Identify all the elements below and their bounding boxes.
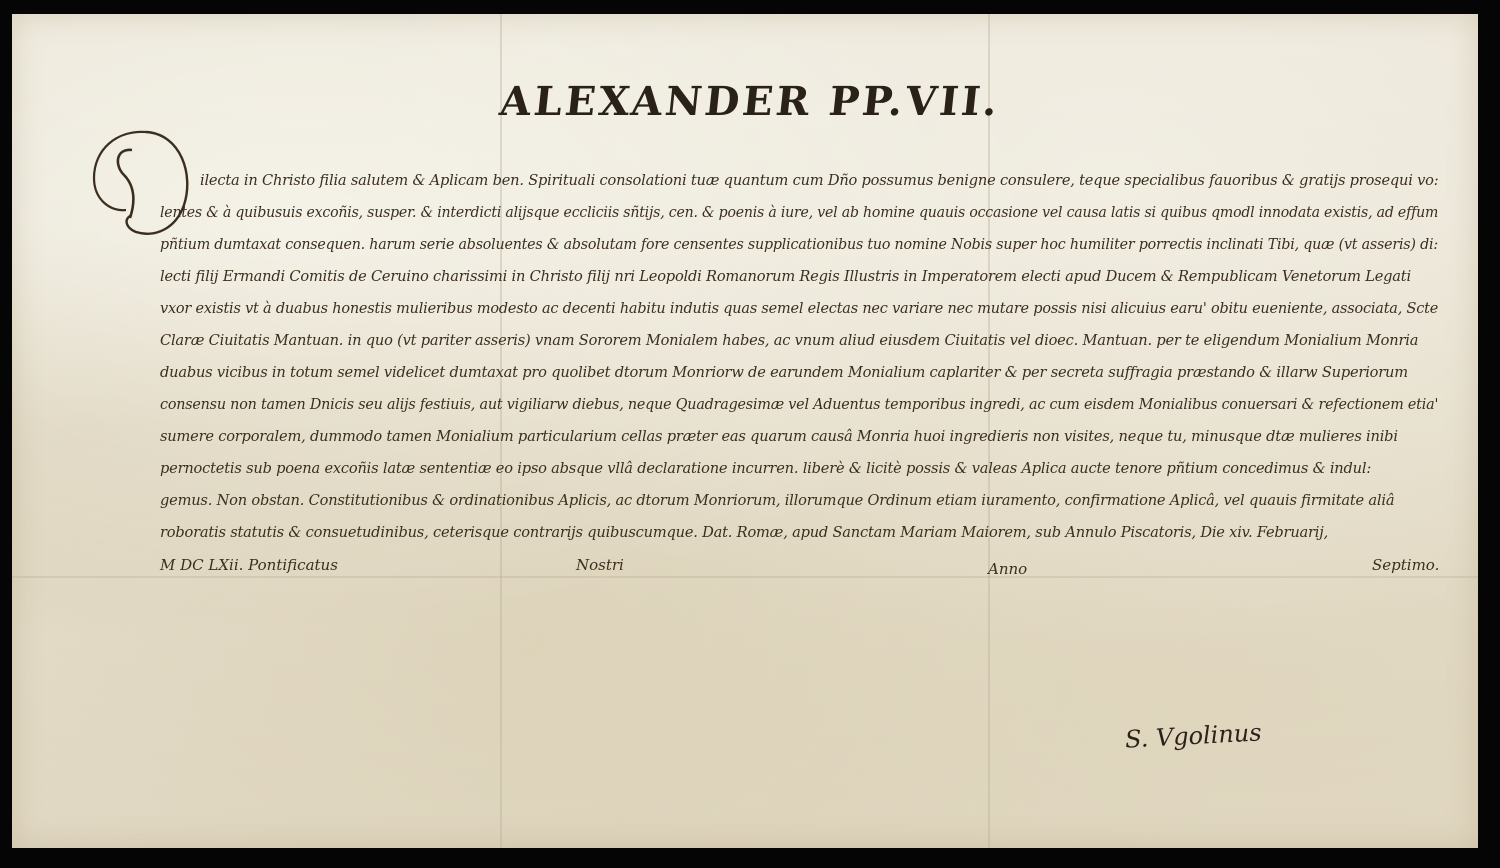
fold-line (12, 576, 1478, 578)
date-anno: Anno (988, 560, 1027, 578)
text-line: lentes & à quibusuis excoñis, susper. & … (160, 204, 1438, 221)
text-line: pernoctetis sub poena excoñis latæ sente… (160, 460, 1371, 477)
text-line: sumere corporalem, dummodo tamen Moniali… (160, 428, 1398, 445)
text-line: lecti filij Ermandi Comitis de Ceruino c… (160, 268, 1411, 285)
text-line: consensu non tamen Dnicis seu alijs fest… (160, 396, 1438, 413)
text-line: Claræ Ciuitatis Mantuan. in quo (vt pari… (160, 332, 1418, 349)
text-line: duabus vicibus in totum semel videlicet … (160, 364, 1408, 381)
decorated-initial-d-icon (86, 120, 196, 240)
text-line: pñtium dumtaxat consequen. harum serie a… (160, 236, 1438, 253)
text-line: vxor existis vt à duabus honestis mulier… (160, 300, 1438, 317)
text-line: ilecta in Christo filia salutem & Aplica… (200, 172, 1438, 189)
date-nostri: Nostri (576, 556, 624, 574)
date-year: M DC LXii. Pontificatus (160, 556, 338, 574)
document-heading: ALEXANDER PP.VII. (0, 78, 1500, 125)
date-septimo: Septimo. (1372, 556, 1439, 574)
text-line: gemus. Non obstan. Constitutionibus & or… (160, 492, 1394, 509)
text-line: roboratis statutis & consuetudinibus, ce… (160, 524, 1328, 541)
